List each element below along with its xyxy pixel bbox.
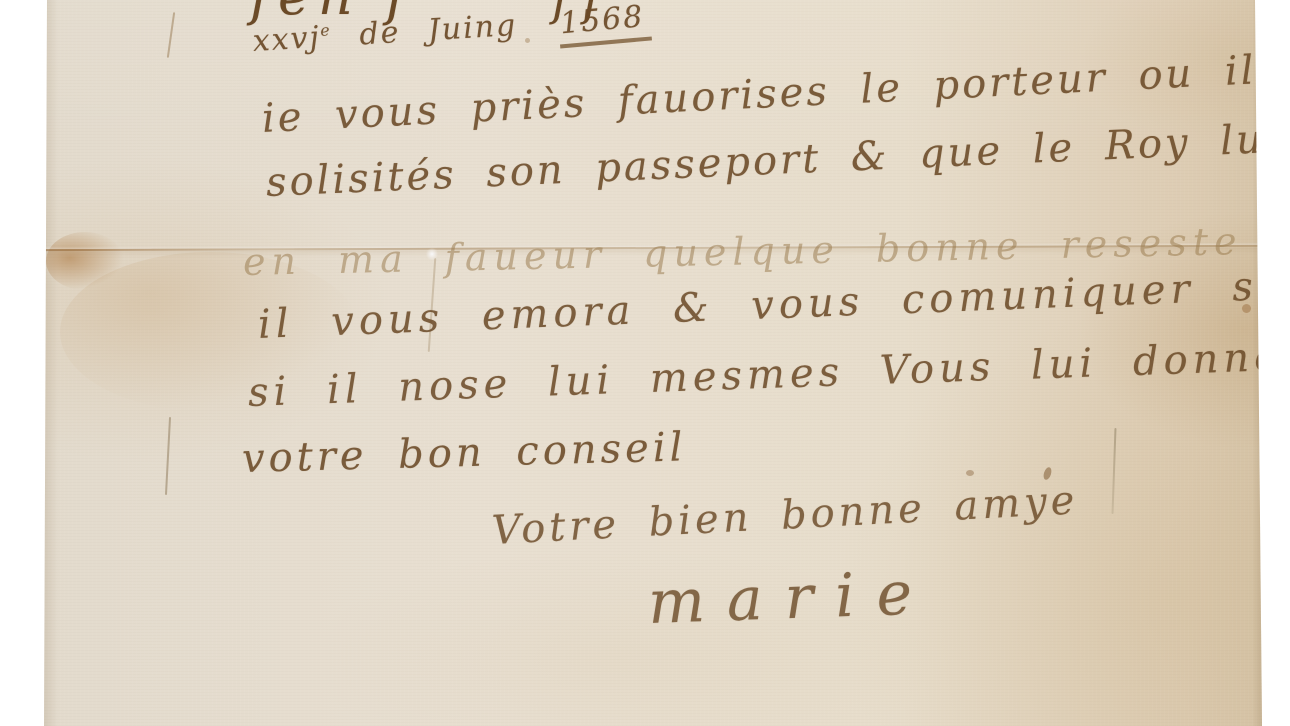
scratch-mark-left [165,417,171,495]
date-superscript: e [320,21,332,40]
scratch-mark-right [1111,428,1116,514]
stain-left-crease [46,232,124,290]
letter-body-line-6: votre bon conseil [241,424,687,482]
closing-valediction: Votre bien bonne amye [491,477,1080,554]
letter-paper-sheet: ſen ſ ſſ xxvje de Juing 1568 ie vous pri… [0,0,1290,726]
date-day: xxvj [252,20,322,59]
ink-speck [966,470,974,476]
letter-photograph: ſen ſ ſſ xxvje de Juing 1568 ie vous pri… [0,0,1290,726]
letter-body-line-5: si il nose lui mesmes Vous lui donnerès [247,331,1290,416]
scratch-mark-top [167,12,175,58]
paper-left-edge-shadow [44,0,58,726]
signature-marie: marie [647,558,935,638]
date-year-underlined: 1568 [557,0,653,48]
